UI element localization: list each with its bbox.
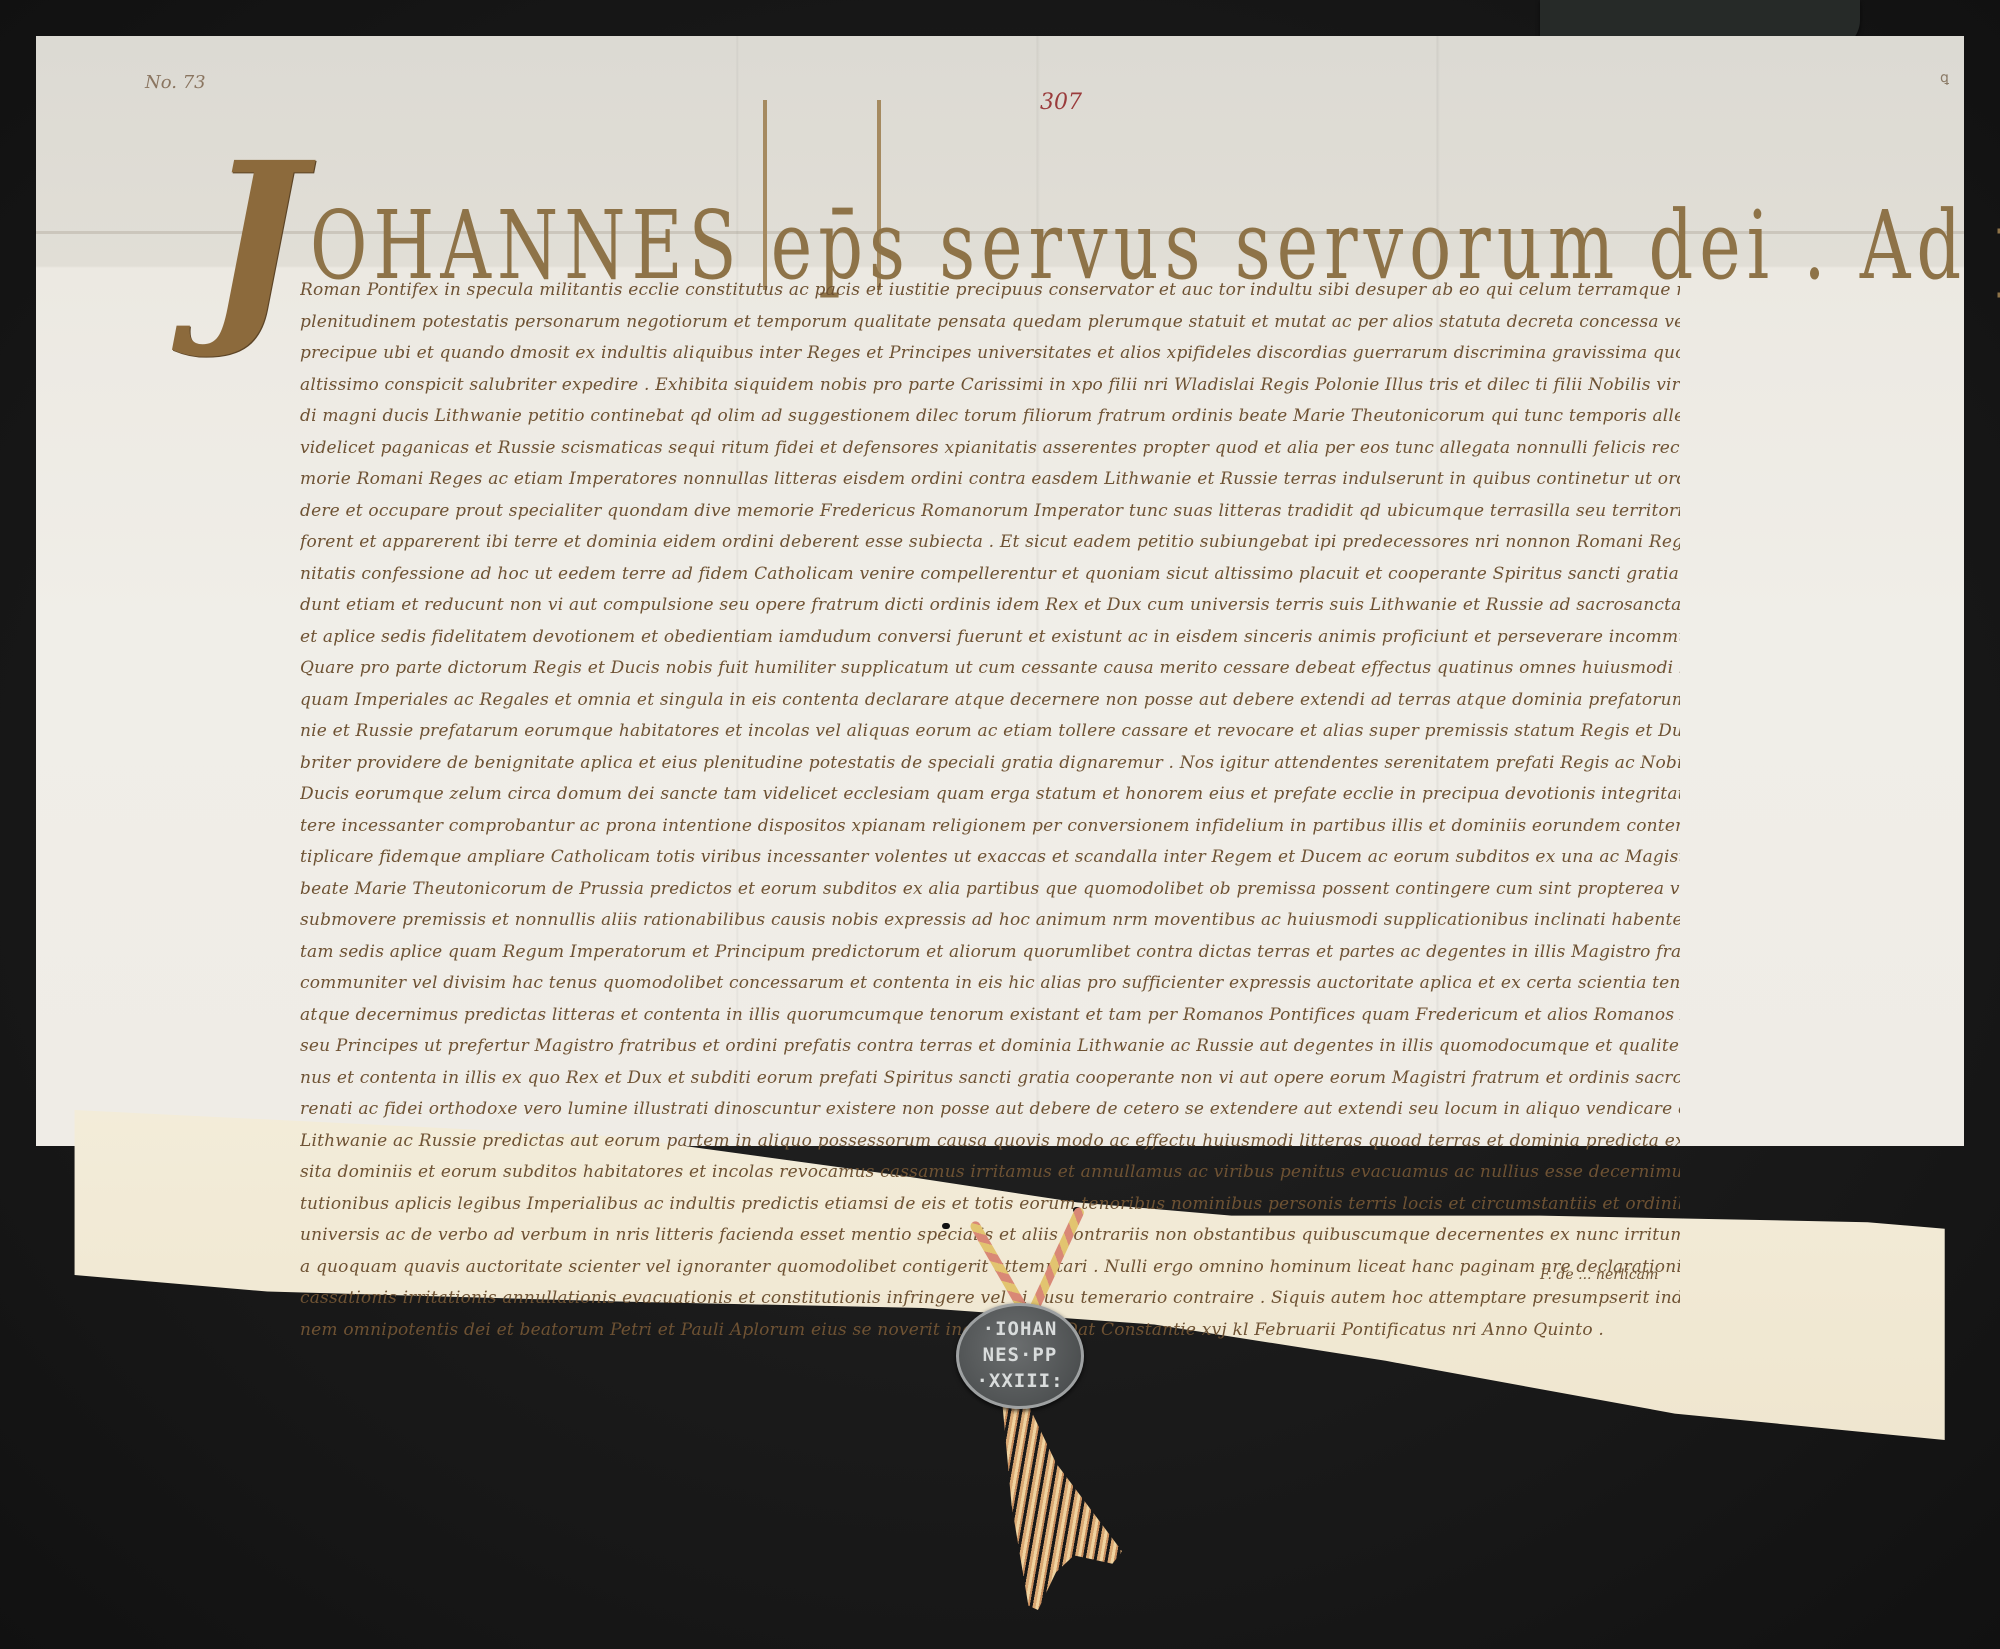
seal-inscription: ·XXIII: — [959, 1368, 1081, 1394]
text-line: forent et apparerent ibi terre et domini… — [300, 527, 1680, 559]
text-line: Ducis eorumque zelum circa domum dei san… — [300, 779, 1680, 811]
scribe-note: F. de ... nerlicam — [1540, 1267, 1658, 1283]
text-line: atque decernimus predictas litteras et c… — [300, 1000, 1680, 1032]
illuminated-initial: J — [205, 135, 304, 345]
text-line: altissimo conspicit salubriter expedire … — [300, 370, 1680, 402]
text-line: tere incessanter comprobantur ac prona i… — [300, 811, 1680, 843]
lead-seal: ·IOHAN NES·PP ·XXIII: — [956, 1303, 1084, 1409]
text-line: briter providere de benignitate aplica e… — [300, 748, 1680, 780]
text-line: precipue ubi et quando dmosit ex indulti… — [300, 338, 1680, 370]
text-line: sita dominiis et eorum subditos habitato… — [300, 1157, 1680, 1189]
corner-mark: ꝗ — [1940, 70, 1949, 86]
text-line: communiter vel divisim hac tenus quomodo… — [300, 968, 1680, 1000]
text-line: et aplice sedis fidelitatem devotionem e… — [300, 622, 1680, 654]
cord-hole — [942, 1223, 950, 1229]
text-line: dere et occupare prout specialiter quond… — [300, 496, 1680, 528]
text-line: nie et Russie prefatarum eorumque habita… — [300, 716, 1680, 748]
text-line: nitatis confessione ad hoc ut eedem terr… — [300, 559, 1680, 591]
seal-inscription: ·IOHAN — [959, 1316, 1081, 1342]
seal-inscription: NES·PP — [959, 1342, 1081, 1368]
text-line: Roman Pontifex in specula militantis ecc… — [300, 275, 1680, 307]
text-line: seu Principes ut prefertur Magistro frat… — [300, 1031, 1680, 1063]
text-line: Lithwanie ac Russie predictas aut eorum … — [300, 1126, 1680, 1158]
text-line: tutionibus aplicis legibus Imperialibus … — [300, 1189, 1680, 1221]
text-line: tiplicare fidemque ampliare Catholicam t… — [300, 842, 1680, 874]
text-line: dunt etiam et reducunt non vi aut compul… — [300, 590, 1680, 622]
text-line: tam sedis aplice quam Regum Imperatorum … — [300, 937, 1680, 969]
text-line: submovere premissis et nonnullis aliis r… — [300, 905, 1680, 937]
text-line: renati ac fidei orthodoxe vero lumine il… — [300, 1094, 1680, 1126]
folio-number: 307 — [1040, 90, 1082, 115]
text-line: beate Marie Theutonicorum de Prussia pre… — [300, 874, 1680, 906]
text-line: morie Romani Reges ac etiam Imperatores … — [300, 464, 1680, 496]
text-line: nus et contenta in illis ex quo Rex et D… — [300, 1063, 1680, 1095]
text-line: di magni ducis Lithwanie petitio contine… — [300, 401, 1680, 433]
text-line: quam Imperiales ac Regales et omnia et s… — [300, 685, 1680, 717]
bull-text: Roman Pontifex in specula militantis ecc… — [300, 275, 1680, 1346]
archive-number: No. 73 — [145, 72, 206, 93]
text-line: plenitudinem potestatis personarum negot… — [300, 307, 1680, 339]
text-line: videlicet paganicas et Russie scismatica… — [300, 433, 1680, 465]
text-line: Quare pro parte dictorum Regis et Ducis … — [300, 653, 1680, 685]
